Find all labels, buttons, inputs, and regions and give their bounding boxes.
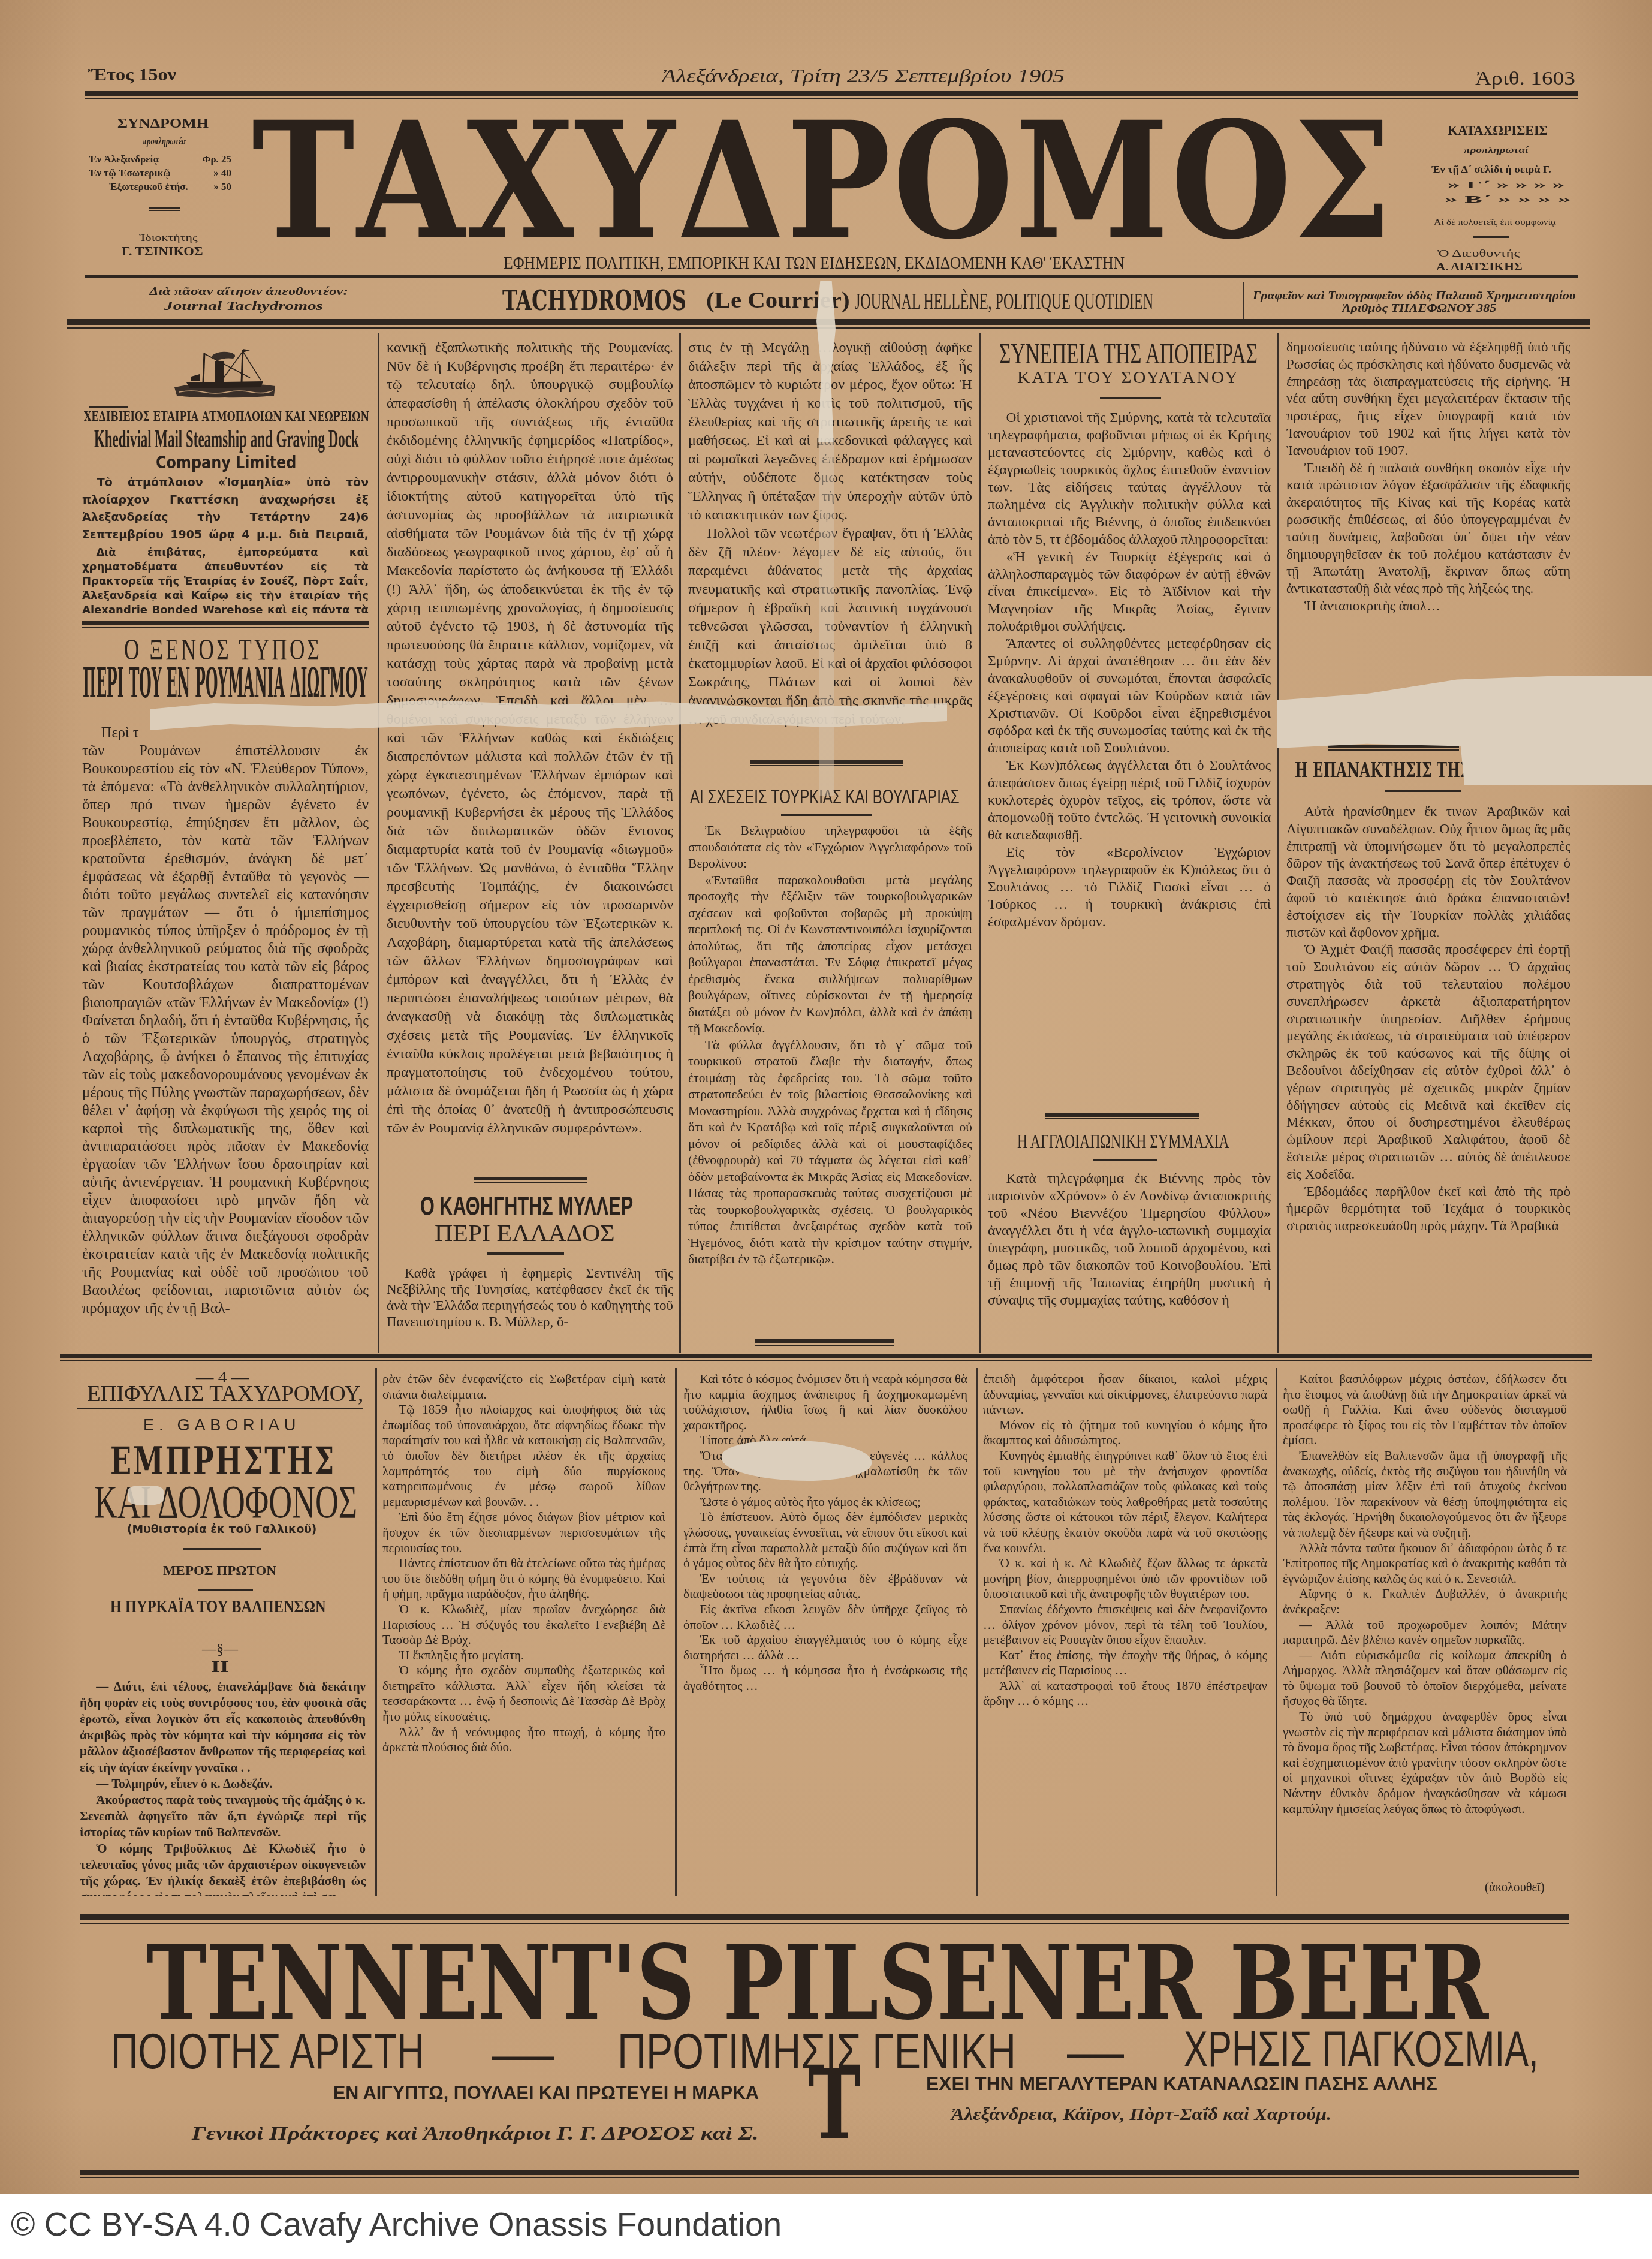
article-paragraph: «Ἐνταῦθα παρακολουθοῦσι μετὰ μεγάλης προ… bbox=[688, 872, 972, 1037]
advert-slogan-part: ΠΟΙΟΤΗΣ ΑΡΙΣΤΗ bbox=[111, 2026, 424, 2076]
feuilleton-paragraph: — Διότι, ἐπὶ τέλους, ἐπανελάμβανε διὰ δε… bbox=[80, 1679, 366, 1776]
column-divider bbox=[378, 333, 379, 1353]
article-headline: Η ΕΠΑΝΑΚΤΗΣΙΣ ΤΗΣ bbox=[1295, 760, 1470, 781]
article-end-rule bbox=[755, 1339, 894, 1346]
advert-brand: TENNENT'S PILSENER BEER bbox=[146, 1932, 1488, 2034]
feuilleton-paragraph: Ἐκ τοῦ ἀρχαίου ἐπαγγέλματός του ὁ κόμης … bbox=[683, 1632, 967, 1663]
advert-bottom-rule bbox=[80, 2170, 1579, 2178]
advert-slogan-part: ΧΡΗΣΙΣ ΠΑΓΚΟΣΜΙΑ, bbox=[1184, 2023, 1539, 2074]
feuilleton-paragraph: — Ἀλλὰ τοῦ προχωροῦμεν λοιπόν; Μάτην παρ… bbox=[1283, 1618, 1567, 1648]
article-paragraph: Ὁ Ἀχμὲτ Φαιζῆ πασσᾶς προσέφερεν ἐπὶ ἑορτ… bbox=[1286, 941, 1570, 1183]
feuilleton-rule bbox=[198, 1589, 253, 1591]
feuilleton-paragraph: ἐπειδὴ ἀμφότεροι ἦσαν δίκαιοι, καλοὶ μέχ… bbox=[983, 1372, 1267, 1418]
feuilleton-paragraph: Ἀλλ᾽ αἱ καταστροφαὶ τοῦ ἔτους 1870 ἐπέστ… bbox=[983, 1679, 1267, 1709]
article-paragraph: δημοσίευσις ταύτης ἠδύνατο νὰ ἐξεληφθῇ ὑ… bbox=[1286, 339, 1570, 460]
feuilleton-body: — Διότι, ἐπὶ τέλους, ἐπανελάμβανε διὰ δε… bbox=[80, 1679, 366, 1896]
feuilleton-body: ρὰν ἐτῶν δὲν ἐνεφανίζετο εἰς Σωβετέραν ε… bbox=[382, 1372, 665, 1896]
feuilleton-subtitle: (Μυθιστορία ἐκ τοῦ Γαλλικοῦ) bbox=[127, 1523, 316, 1535]
ad-short-rule bbox=[89, 406, 128, 408]
feuilleton-author: E. GABORIAU bbox=[143, 1417, 300, 1433]
feuilleton-paragraph: Τῷ 1859 ἦτο πλοίαρχος καὶ ὑποψήφιος διὰ … bbox=[382, 1402, 665, 1510]
newspaper-sheet: Ἔτος 15ον Ἀλεξάνδρεια, Τρίτη 23/5 Σεπτεμ… bbox=[0, 0, 1652, 2194]
headline-rule bbox=[1093, 1159, 1157, 1161]
feuilleton-chapter-title: Η ΠΥΡΚΑΪΑ ΤΟΥ ΒΑΛΠΕΝΣΩΝ bbox=[110, 1598, 326, 1616]
feuilleton-paragraph: Ὥστε ὁ γάμος αὐτὸς ἦτο γάμος ἐκ κλίσεως; bbox=[683, 1495, 967, 1510]
feuilleton-paragraph: Καίτοι βασιλόφρων μέχρις ὀστέων, ἐδήλωσε… bbox=[1283, 1372, 1567, 1448]
director-name: Α. ΔΙΑΤΣΙΚΗΣ bbox=[1436, 261, 1523, 273]
contact-address: Journal Tachydromos bbox=[164, 300, 323, 312]
french-title-name: TACHYDROMOS bbox=[502, 287, 686, 314]
article-separator bbox=[474, 1177, 587, 1183]
feuilleton-paragraph: Ἐπὶ δύο ἔτη ἔζησε μόνος διάγων βίον μέτρ… bbox=[382, 1510, 665, 1556]
subscription-row-label: Ἐξωτερικοῦ ἐτήσ. bbox=[109, 181, 188, 193]
advertising-rate-row: » Γ΄ » » » » bbox=[1448, 180, 1565, 190]
feuilleton-paragraph: Ἀκούραστος παρὰ τοὺς τιναγμοὺς τῆς ἁμάξη… bbox=[80, 1792, 366, 1841]
article-subheadline: ΠΕΡΙ ΕΛΛΑΔΟΣ bbox=[435, 1221, 615, 1245]
article-paragraph: Οἱ χριστιανοὶ τῆς Σμύρνης, κατὰ τὰ τελευ… bbox=[988, 409, 1271, 549]
feuilleton-paragraph: Ὁ κ. καὶ ἡ κ. Δὲ Κλωδιὲζ ἔζων ἄλλως τε ἀ… bbox=[983, 1556, 1267, 1602]
article-body: Καθὰ γράφει ἡ ἐφημερὶς Σεντινέλη τῆς Νεξ… bbox=[387, 1265, 673, 1353]
feuilleton-paragraph: Κατ᾽ ἔτος ἐπίσης, τὴν ἐποχὴν τῆς θήρας, … bbox=[983, 1648, 1267, 1679]
headline-rule bbox=[487, 1252, 564, 1255]
column-divider bbox=[979, 333, 981, 1353]
ad-schedule-text: Τὸ ἀτμόπλοιον «Ἰσμαηλία» ὑπὸ τὸν πλοίαρχ… bbox=[82, 474, 369, 545]
feuilleton-paragraph: — Τολμηρόν, εἶπεν ὁ κ. Δωδεζάν. bbox=[80, 1776, 366, 1792]
feuilleton-paragraph: Ἐν τούτοις τὰ γεγονότα δὲν ἐβράδυναν νὰ … bbox=[683, 1571, 967, 1602]
dateline: Ἀλεξάνδρεια, Τρίτη 23/5 Σεπτεμβρίου 1905 bbox=[662, 66, 1065, 85]
ad-company-suffix: Company Limited bbox=[156, 454, 296, 471]
article-paragraph: Καθὰ γράφει ἡ ἐφημερὶς Σεντινέλη τῆς Νεξ… bbox=[387, 1265, 673, 1330]
feuilleton-paragraph: Ἐπανελθὼν εἰς Βαλπενσῶν ἅμα τῇ ὑπογραφῇ … bbox=[1283, 1448, 1567, 1541]
owner-label: Ἰδιοκτήτης bbox=[139, 233, 198, 243]
newspaper-subtitle: ΕΦΗΜΕΡΙΣ ΠΟΛΙΤΙΚΗ, ΕΜΠΟΡΙΚΗ ΚΑΙ ΤΩΝ ΕΙΔΗ… bbox=[504, 254, 1125, 272]
article-subheadline: ΚΑΤΑ ΤΟΥ ΣΟΥΛΤΑΝΟΥ bbox=[1017, 369, 1240, 387]
article-body: κανικῇ ἐξαπλωτικῆς πολιτικῆς τῆς Ρουμανί… bbox=[387, 339, 673, 1172]
column-divider bbox=[1277, 333, 1279, 1353]
article-paragraph: κανικῇ ἐξαπλωτικῆς πολιτικῆς τῆς Ρουμανί… bbox=[387, 339, 673, 1138]
article-body: Αὐτὰ ἠρανίσθημεν ἔκ τινων Ἀραβικῶν καὶ Α… bbox=[1286, 803, 1570, 1355]
copyright-credit: © CC BY-SA 4.0 Cavafy Archive Onassis Fo… bbox=[11, 2207, 782, 2241]
subscription-ornament-rule bbox=[149, 207, 180, 211]
worn-paper-spot bbox=[128, 1486, 164, 1505]
feuilleton-paragraph: Αἴφνης ὁ κ. Γκαλπὲν Δυβαλλέν, ὁ ἀνακριτὴ… bbox=[1283, 1586, 1567, 1617]
section-divider bbox=[60, 1354, 1592, 1361]
feuilleton-paragraph: Τὸ ἐπίστευον. Αὐτὸ ὅμως δὲν ἐμπόδισεν με… bbox=[683, 1510, 967, 1571]
article-body: Περὶ τ τῶν Ρουμάνων ἐπιστέλλουσιν ἐκ Βου… bbox=[82, 724, 369, 1355]
subscription-row: Ἐν τῷ Ἐσωτερικῷ » 40 bbox=[89, 167, 231, 179]
steamship-icon bbox=[173, 348, 276, 399]
advert-slogan-dash: — bbox=[1067, 2026, 1124, 2076]
feuilleton-series: ΕΠΙΦΥΛΛΙΣ ΤΑΧΥΔΡΟΜΟΥ, bbox=[87, 1382, 363, 1405]
issue-number: Ἀριθ. 1603 bbox=[1475, 68, 1575, 88]
feuilleton-paragraph: Ἀλλ᾽ ἂν ἡ νεόνυμφος ἦτο πτωχή, ὁ κόμης ἦ… bbox=[382, 1725, 665, 1755]
article-paragraph: «Ἡ γενικὴ ἐν Τουρκίᾳ ἐξέγερσις καὶ ὁ ἀλλ… bbox=[988, 549, 1271, 635]
feuilleton-paragraph: Σπανίως ἐδέχοντο ἐπισκέψεις καὶ δὲν ἐνεφ… bbox=[983, 1602, 1267, 1648]
article-body: Οἱ χριστιανοὶ τῆς Σμύρνης, κατὰ τὰ τελευ… bbox=[988, 409, 1271, 1100]
subscription-heading: ΣΥΝΔΡΟΜΗ bbox=[117, 116, 209, 131]
headline-rule bbox=[781, 814, 872, 816]
contact-instruction: Διὰ πᾶσαν αἴτησιν ἀπευθυντέον: bbox=[149, 286, 348, 297]
owner-name: Γ. ΤΣΙΝΙΚΟΣ bbox=[122, 246, 203, 258]
subscription-row-price: » 40 bbox=[213, 167, 231, 179]
advertising-heading: ΚΑΤΑΧΩΡΙΣΕΙΣ bbox=[1448, 124, 1548, 138]
article-body: δημοσίευσις ταύτης ἠδύνατο νὰ ἐξεληφθῇ ὑ… bbox=[1286, 339, 1570, 692]
feuilleton-paragraph: Ὁ κ. Κλωδιὲζ, μίαν πρωΐαν ἀνεχώρησε διὰ … bbox=[382, 1602, 665, 1648]
article-paragraph: Ἡ ἀνταποκριτὴς ἀπολ… bbox=[1286, 598, 1570, 615]
advert-logo-letter: T bbox=[808, 2056, 861, 2152]
office-divider bbox=[1243, 282, 1244, 319]
masthead-rule bbox=[85, 275, 1578, 278]
article-paragraph: τῶν Ρουμάνων ἐπιστέλλουσιν ἐκ Βουκουρεστ… bbox=[82, 742, 369, 1318]
subscription-row-price: » 50 bbox=[213, 181, 231, 193]
feuilleton-paragraph: ρὰν ἐτῶν δὲν ἐνεφανίζετο εἰς Σωβετέραν ε… bbox=[382, 1372, 665, 1402]
advertising-rate-row: » Β΄ » » » » bbox=[1445, 194, 1571, 204]
ad-company-english: Khedivial Mail Steamship and Graving Doc… bbox=[94, 427, 359, 452]
feuilleton-paragraph: Κυνηγὸς ἐμπαθὴς ἐπηγρύπνει καθ᾽ ὅλον τὸ … bbox=[983, 1448, 1267, 1556]
article-paragraph: Ἑβδομάδες παρῆλθον ἐκεῖ καὶ ἀπὸ τῆς πρὸ … bbox=[1286, 1183, 1570, 1235]
advert-left-line: ΕΝ ΑΙΓΥΠΤΩ, ΠΟΥΛΑΕΙ ΚΑΙ ΠΡΩΤΕΥΕΙ Η ΜΑΡΚΑ bbox=[333, 2083, 759, 2102]
subscription-row-label: Ἐν Ἀλεξανδρείᾳ bbox=[89, 153, 159, 165]
headline-rule bbox=[1385, 790, 1461, 792]
feuilleton-paragraph: Ἦτο ὅμως … ἡ κόμησσα ἦτο ἡ ἐνσάρκωσις τῆ… bbox=[683, 1663, 967, 1694]
subscription-row: Ἐξωτερικοῦ ἐτήσ. » 50 bbox=[109, 181, 231, 193]
feuilleton-underline bbox=[77, 1408, 363, 1409]
feuilleton-paragraph: Ἀλλὰ πάντα ταῦτα ἤκουον δι᾽ ἀδιαφόρου ὠτ… bbox=[1283, 1541, 1567, 1587]
article-body: Ἐκ Βελιγραδίου τηλεγραφοῦσι τὰ ἑξῆς σπου… bbox=[688, 823, 972, 1320]
subscription-row: Ἐν Ἀλεξανδρείᾳ Φρ. 25 bbox=[89, 153, 231, 165]
article-headline: ΠΕΡΙ ΤΟΥ ΕΝ ΡΟΥΜΑΝΙΑ ΔΙΩΓΜΟΥ bbox=[83, 662, 367, 704]
subscription-note: προπληρωτέα bbox=[143, 137, 186, 147]
feuilleton-paragraph: — Διότι εὑρισκόμεθα εἰς κοίλωμα ἀπεκρίθη… bbox=[1283, 1648, 1567, 1709]
article-paragraph: Ἐπειδὴ δὲ ἡ παλαιὰ συνθήκη σκοπὸν εἶχε τ… bbox=[1286, 460, 1570, 598]
article-paragraph: Ἐκ Βελιγραδίου τηλεγραφοῦσι τὰ ἑξῆς σπου… bbox=[688, 823, 972, 872]
ad-paragraph: Διὰ ἐπιβάτας, ἐμπορεύματα καὶ χρηματοδέμ… bbox=[82, 546, 369, 619]
french-tagline: JOURNAL HELLÈNE, POLITIQUE QUOTIDIEN bbox=[855, 290, 1153, 313]
feuilleton-paragraph: Εἰς ἀκτῖνα εἴκοσι λευγῶν δὲν ὑπῆρχε ζεῦγ… bbox=[683, 1602, 967, 1632]
headline-rule bbox=[1100, 397, 1161, 399]
article-separator bbox=[1045, 1113, 1199, 1119]
feuilleton-paragraph: Καὶ τότε ὁ κόσμος ἐνόμισεν ὅτι ἡ νεαρὰ κ… bbox=[683, 1372, 967, 1433]
feuilleton-paragraph: Μόνον εἰς τὸ ζήτημα τοῦ κυνηγίου ὁ κόμης… bbox=[983, 1418, 1267, 1448]
article-paragraph: Ἐκ Κων)πόλεως ἀγγέλλεται ὅτι ὁ Σουλτάνος… bbox=[988, 757, 1271, 844]
continued-note: (ἀκολουθεῖ) bbox=[1485, 1880, 1545, 1894]
advertising-note: προπληρωταί bbox=[1464, 146, 1528, 155]
worn-paper-fold bbox=[819, 442, 834, 796]
article-paragraph: Εἰς τὸν «Βερολίνειον Ἐγχώριον Ἀγγελιαφόρ… bbox=[988, 844, 1271, 931]
article-headline: Ο ΚΑΘΗΓΗΤΗΣ ΜΥΛΛΕΡ bbox=[420, 1192, 633, 1219]
article-headline: Η ΑΓΓΛΟΙΑΠΩΝΙΚΗ ΣΥΜΜΑΧΙΑ bbox=[1017, 1132, 1229, 1152]
feuilleton-paragraph: Ἡ ἔκπληξις ἦτο μεγίστη. bbox=[382, 1648, 665, 1664]
advertising-rate-row: Ἐν τῇ Δ΄ σελίδι ἡ σειρὰ Γ. bbox=[1431, 164, 1551, 174]
ad-bottom-double-rule bbox=[82, 621, 369, 628]
advert-agents: Γενικοὶ Πράκτορες καὶ Ἀποθηκάριοι Γ. Γ. … bbox=[192, 2124, 759, 2143]
advert-slogan-dash: — bbox=[492, 2028, 554, 2079]
advert-locations: Ἀλεξάνδρεια, Κάϊρον, Πὸρτ-Σαΐδ καὶ Χαρτο… bbox=[951, 2106, 1331, 2124]
feuilleton-body: Καίτοι βασιλόφρων μέχρις ὀστέων, ἐδήλωσε… bbox=[1283, 1372, 1567, 1879]
feuilleton-paragraph: Ὁ κόμης ἦτο σχεδὸν συμπαθὴς ἐξωτερικῶς κ… bbox=[382, 1663, 665, 1724]
column-divider bbox=[679, 333, 681, 1353]
year-label: Ἔτος 15ον bbox=[88, 66, 176, 84]
advertising-rule bbox=[1473, 236, 1509, 238]
office-phone: Ἀριθμὸς ΤΗΛΕΦΩΝΟΥ 385 bbox=[1342, 303, 1496, 314]
feuilleton-part: ΜΕΡΟΣ ΠΡΩΤΟΝ bbox=[163, 1564, 276, 1578]
ad-paragraph: Τὸ ἀτμόπλοιον «Ἰσμαηλία» ὑπὸ τὸν πλοίαρχ… bbox=[82, 474, 369, 545]
article-paragraph: Τὰ φύλλα ἀγγέλλουσιν, ὅτι τὸ γ΄ σῶμα τοῦ… bbox=[688, 1037, 972, 1268]
feuilleton-section-mark: —§— bbox=[202, 1641, 238, 1657]
subscription-row-price: Φρ. 25 bbox=[202, 153, 231, 165]
article-paragraph: Αὐτὰ ἠρανίσθημεν ἔκ τινων Ἀραβικῶν καὶ Α… bbox=[1286, 803, 1570, 941]
director-label: Ὁ Διευθυντής bbox=[1437, 248, 1520, 258]
article-body: Κατὰ τηλεγράφημα ἐκ Βιέννης πρὸς τὸν παρ… bbox=[988, 1170, 1271, 1354]
article-paragraph: Ἅπαντες οἱ συλληφθέντες μετεφέρθησαν εἰς… bbox=[988, 635, 1271, 757]
column-divider bbox=[375, 1368, 377, 1896]
advertising-footnote: Αἱ δὲ πολυετεῖς ἐπὶ συμφωνίᾳ bbox=[1434, 218, 1556, 227]
column-divider bbox=[976, 1368, 978, 1896]
ad-contact-text: Διὰ ἐπιβάτας, ἐμπορεύματα καὶ χρηματοδέμ… bbox=[82, 546, 369, 619]
scan-page: Ἔτος 15ον Ἀλεξάνδρεια, Τρίτη 23/5 Σεπτεμ… bbox=[0, 0, 1652, 2259]
feuilleton-chapter-number: ΙΙ bbox=[211, 1659, 229, 1676]
ad-company-greek: ΧΕΔΙΒΙΕΙΟΣ ΕΤΑΙΡΙΑ ΑΤΜΟΠΛΟΙΩΝ ΚΑΙ ΝΕΩΡΕΙ… bbox=[84, 410, 369, 423]
article-paragraph: Κατὰ τηλεγράφημα ἐκ Βιέννης πρὸς τὸν παρ… bbox=[988, 1170, 1271, 1309]
column-divider bbox=[675, 1368, 677, 1896]
feuilleton-paragraph: Ὁ κόμης Τριβοῦλκιος Δὲ Κλωδιὲζ ἦτο ὁ τελ… bbox=[80, 1841, 366, 1896]
article-headline: ΣΥΝΕΠΕΙΑ ΤΗΣ ΑΠΟΠΕΙΡΑΣ bbox=[999, 340, 1258, 369]
advert-right-line: ΕΧΕΙ ΤΗΝ ΜΕΓΑΛΥΤΕΡΑΝ ΚΑΤΑΝΑΛΩΣΙΝ ΠΑΣΗΣ Α… bbox=[926, 2074, 1437, 2093]
subscription-row-label: Ἐν τῷ Ἐσωτερικῷ bbox=[89, 167, 171, 179]
newspaper-title: ΤΑΧΥΔΡΟΜΟΣ bbox=[252, 101, 1394, 261]
feuilleton-rule bbox=[183, 1548, 261, 1550]
feuilleton-paragraph: Πάντες ἐπίστευον ὅτι θὰ ἐτελείωνε οὕτω τ… bbox=[382, 1556, 665, 1602]
office-address: Γραφεῖον καὶ Τυπογραφεῖον ὁδὸς Παλαιοῦ Χ… bbox=[1253, 290, 1576, 302]
feuilleton-paragraph: Τὸ ὑπὸ τοῦ δημάρχου ἀναφερθὲν ὄρος εἶναι… bbox=[1283, 1709, 1567, 1817]
feuilleton-body: ἐπειδὴ ἀμφότεροι ἦσαν δίκαιοι, καλοὶ μέχ… bbox=[983, 1372, 1267, 1896]
column-divider bbox=[1276, 1368, 1277, 1896]
